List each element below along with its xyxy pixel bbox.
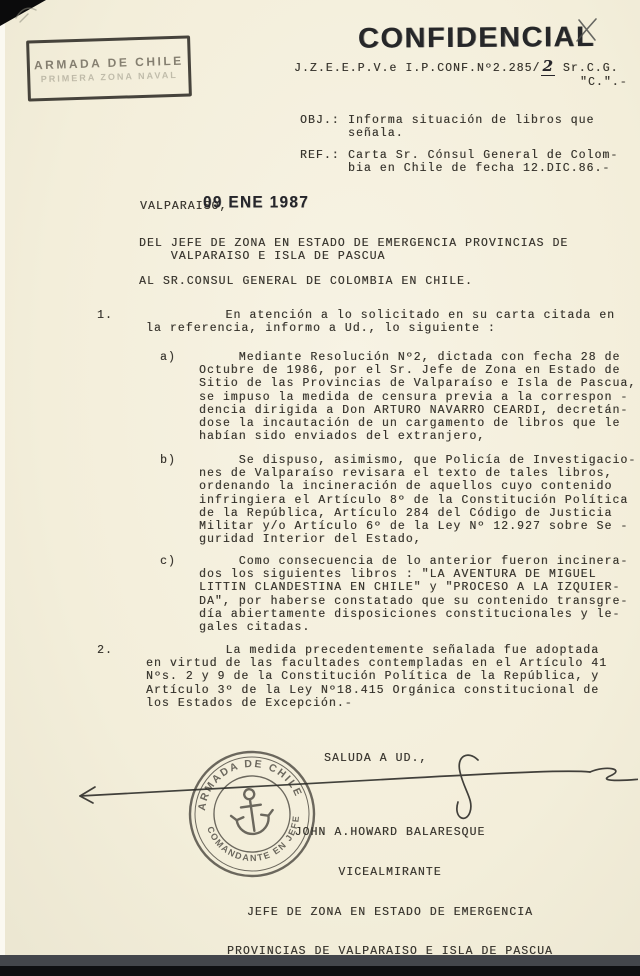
item-c-marker: c) [160, 555, 176, 568]
paragraph-1-text: En atención a lo solicitado en su carta … [146, 309, 615, 335]
classification-stamp: CONFIDENCIAL [358, 22, 598, 56]
reference-code-line: J.Z.E.E.P.V.e I.P.CONF.Nº2.285/2 Sr.C.G. [294, 60, 619, 75]
item-b-marker: b) [160, 454, 176, 467]
item-a-text: Mediante Resolución Nº2, dictada con fec… [199, 351, 636, 443]
armada-box-stamp: ARMADA DE CHILE PRIMERA ZONA NAVAL [26, 35, 192, 101]
obj-text: Informa situación de libros que señala. [348, 114, 595, 140]
reference-code-second-line: "C.".- [580, 76, 628, 89]
paragraph-2-text: La medida precedentemente señalada fue a… [146, 644, 607, 710]
signatory-title-line1: JEFE DE ZONA EN ESTADO DE EMERGENCIA [224, 906, 556, 919]
recipient-line: AL SR.CONSUL GENERAL DE COLOMBIA EN CHIL… [139, 275, 473, 288]
signatory-name: JOHN A.HOWARD BALARESQUE [224, 826, 556, 839]
reference-code-handwritten-number: 2 [541, 57, 555, 76]
obj-label: OBJ.: [300, 114, 340, 127]
date-stamp: 09 ENE 1987 [203, 194, 309, 213]
ref-text: Carta Sr. Cónsul General de Colom- bia e… [348, 149, 618, 175]
item-a-marker: a) [160, 351, 176, 364]
paragraph-1-marker: 1. [97, 309, 113, 322]
sender-line: DEL JEFE DE ZONA EN ESTADO DE EMERGENCIA… [139, 237, 568, 263]
paragraph-2-marker: 2. [97, 644, 113, 657]
scan-left-edge [0, 0, 5, 976]
reference-code-suffix: Sr.C.G. [555, 62, 619, 75]
armada-box-stamp-line2: PRIMERA ZONA NAVAL [41, 69, 178, 83]
signatory-title-line2: PROVINCIAS DE VALPARAISO E ISLA DE PASCU… [224, 945, 556, 958]
signatory-rank: VICEALMIRANTE [224, 866, 556, 879]
reference-code-prefix: J.Z.E.E.P.V.e I.P.CONF.Nº2.285/ [294, 62, 541, 75]
item-b-text: Se dispuso, asimismo, que Policía de Inv… [199, 454, 636, 546]
ref-label: REF.: [300, 149, 340, 162]
signature-block: JOHN A.HOWARD BALARESQUE VICEALMIRANTE J… [224, 800, 556, 972]
item-c-text: Como consecuencia de lo anterior fueron … [199, 555, 628, 634]
handwritten-x-icon [574, 16, 600, 44]
pencil-mark [14, 2, 54, 26]
